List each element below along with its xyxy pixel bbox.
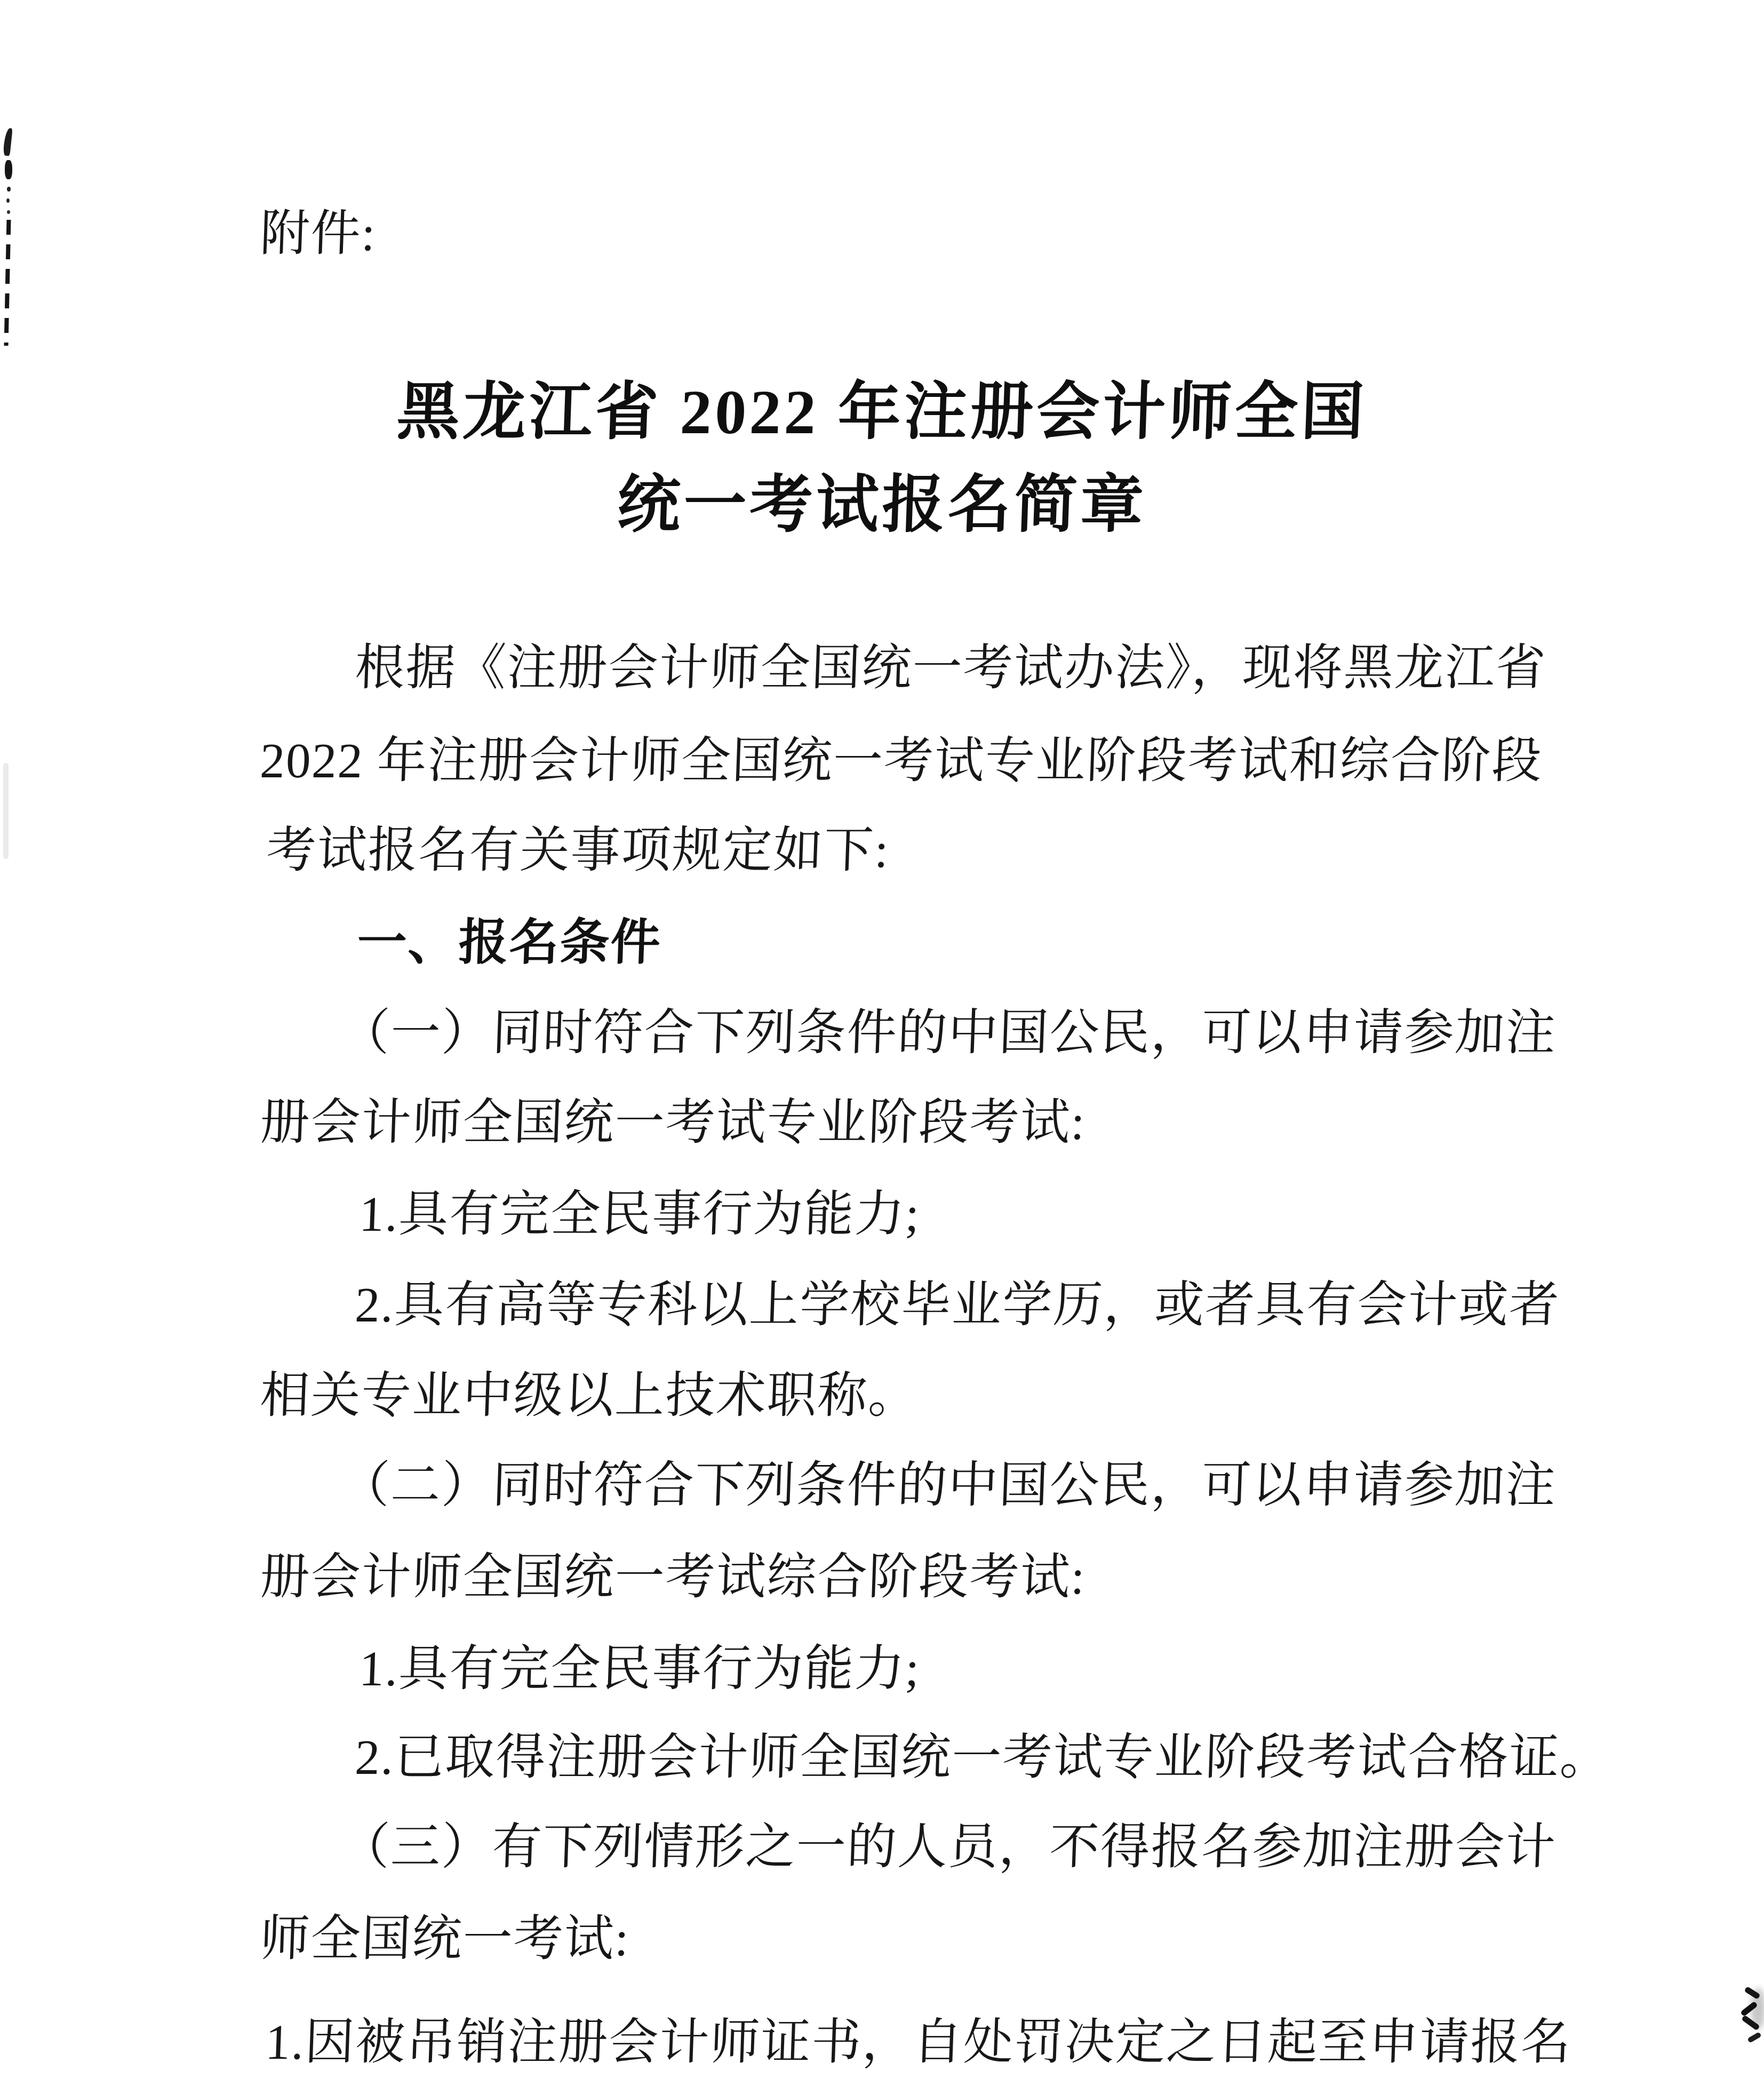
scan-artifact-left-dot: [7, 210, 10, 214]
scan-artifact-left-faint-smudge: [3, 763, 9, 859]
body-line-item1-cond1: 1.具有完全民事行为能力;: [358, 1190, 921, 1239]
body-line-intro-3: 考试报名有关事项规定如下:: [266, 826, 890, 875]
body-line-item1-cond2-1: 2.具有高等专科以上学校毕业学历，或者具有会计或者: [354, 1280, 1561, 1330]
section-heading-registration-conditions: 一、报名条件: [356, 918, 662, 967]
body-line-item3-1: （三）有下列情形之一的人员，不得报名参加注册会计: [339, 1822, 1557, 1872]
body-line-intro-1: 根据《注册会计师全国统一考试办法》，现将黑龙江省: [354, 643, 1547, 693]
body-line-item1-2: 册会计师全国统一考试专业阶段考试:: [259, 1098, 1087, 1148]
scan-artifact-left-streak: [4, 220, 11, 346]
body-line-intro-2: 2022 年注册会计师全国统一考试专业阶段考试和综合阶段: [259, 736, 1543, 786]
document-title-line-2: 统一考试报名简章: [0, 474, 1764, 537]
body-line-item2-1: （二）同时符合下列条件的中国公民，可以申请参加注: [339, 1461, 1557, 1510]
body-line-item2-cond2: 2.已取得注册会计师全国统一考试专业阶段考试合格证。: [354, 1733, 1611, 1782]
body-line-item2-2: 册会计师全国统一考试综合阶段考试:: [259, 1552, 1087, 1602]
body-line-item2-cond1: 1.具有完全民事行为能力;: [358, 1644, 921, 1694]
attachment-label: 附件:: [259, 209, 377, 259]
scanned-document-page: 附件: 黑龙江省 2022 年注册会计师全国 统一考试报名简章 根据《注册会计师…: [0, 0, 1764, 2094]
scan-artifact-left-hook: [3, 128, 12, 156]
body-line-item1-1: （一）同时符合下列条件的中国公民，可以申请参加注: [339, 1008, 1557, 1058]
clipped-character-stroke: [1747, 2032, 1762, 2043]
scan-artifact-left-blob: [5, 160, 12, 179]
body-line-item1-cond2-2: 相关专业中级以上技术职称。: [259, 1371, 920, 1421]
scan-artifact-left-dot: [7, 187, 11, 192]
body-line-item3-cond1: 1.因被吊销注册会计师证书，自处罚决定之日起至申请报名: [265, 2018, 1573, 2067]
document-title-line-1: 黑龙江省 2022 年注册会计师全国: [0, 381, 1764, 444]
body-line-item3-2: 师全国统一考试:: [259, 1914, 630, 1964]
scan-artifact-left-dot: [6, 198, 10, 203]
